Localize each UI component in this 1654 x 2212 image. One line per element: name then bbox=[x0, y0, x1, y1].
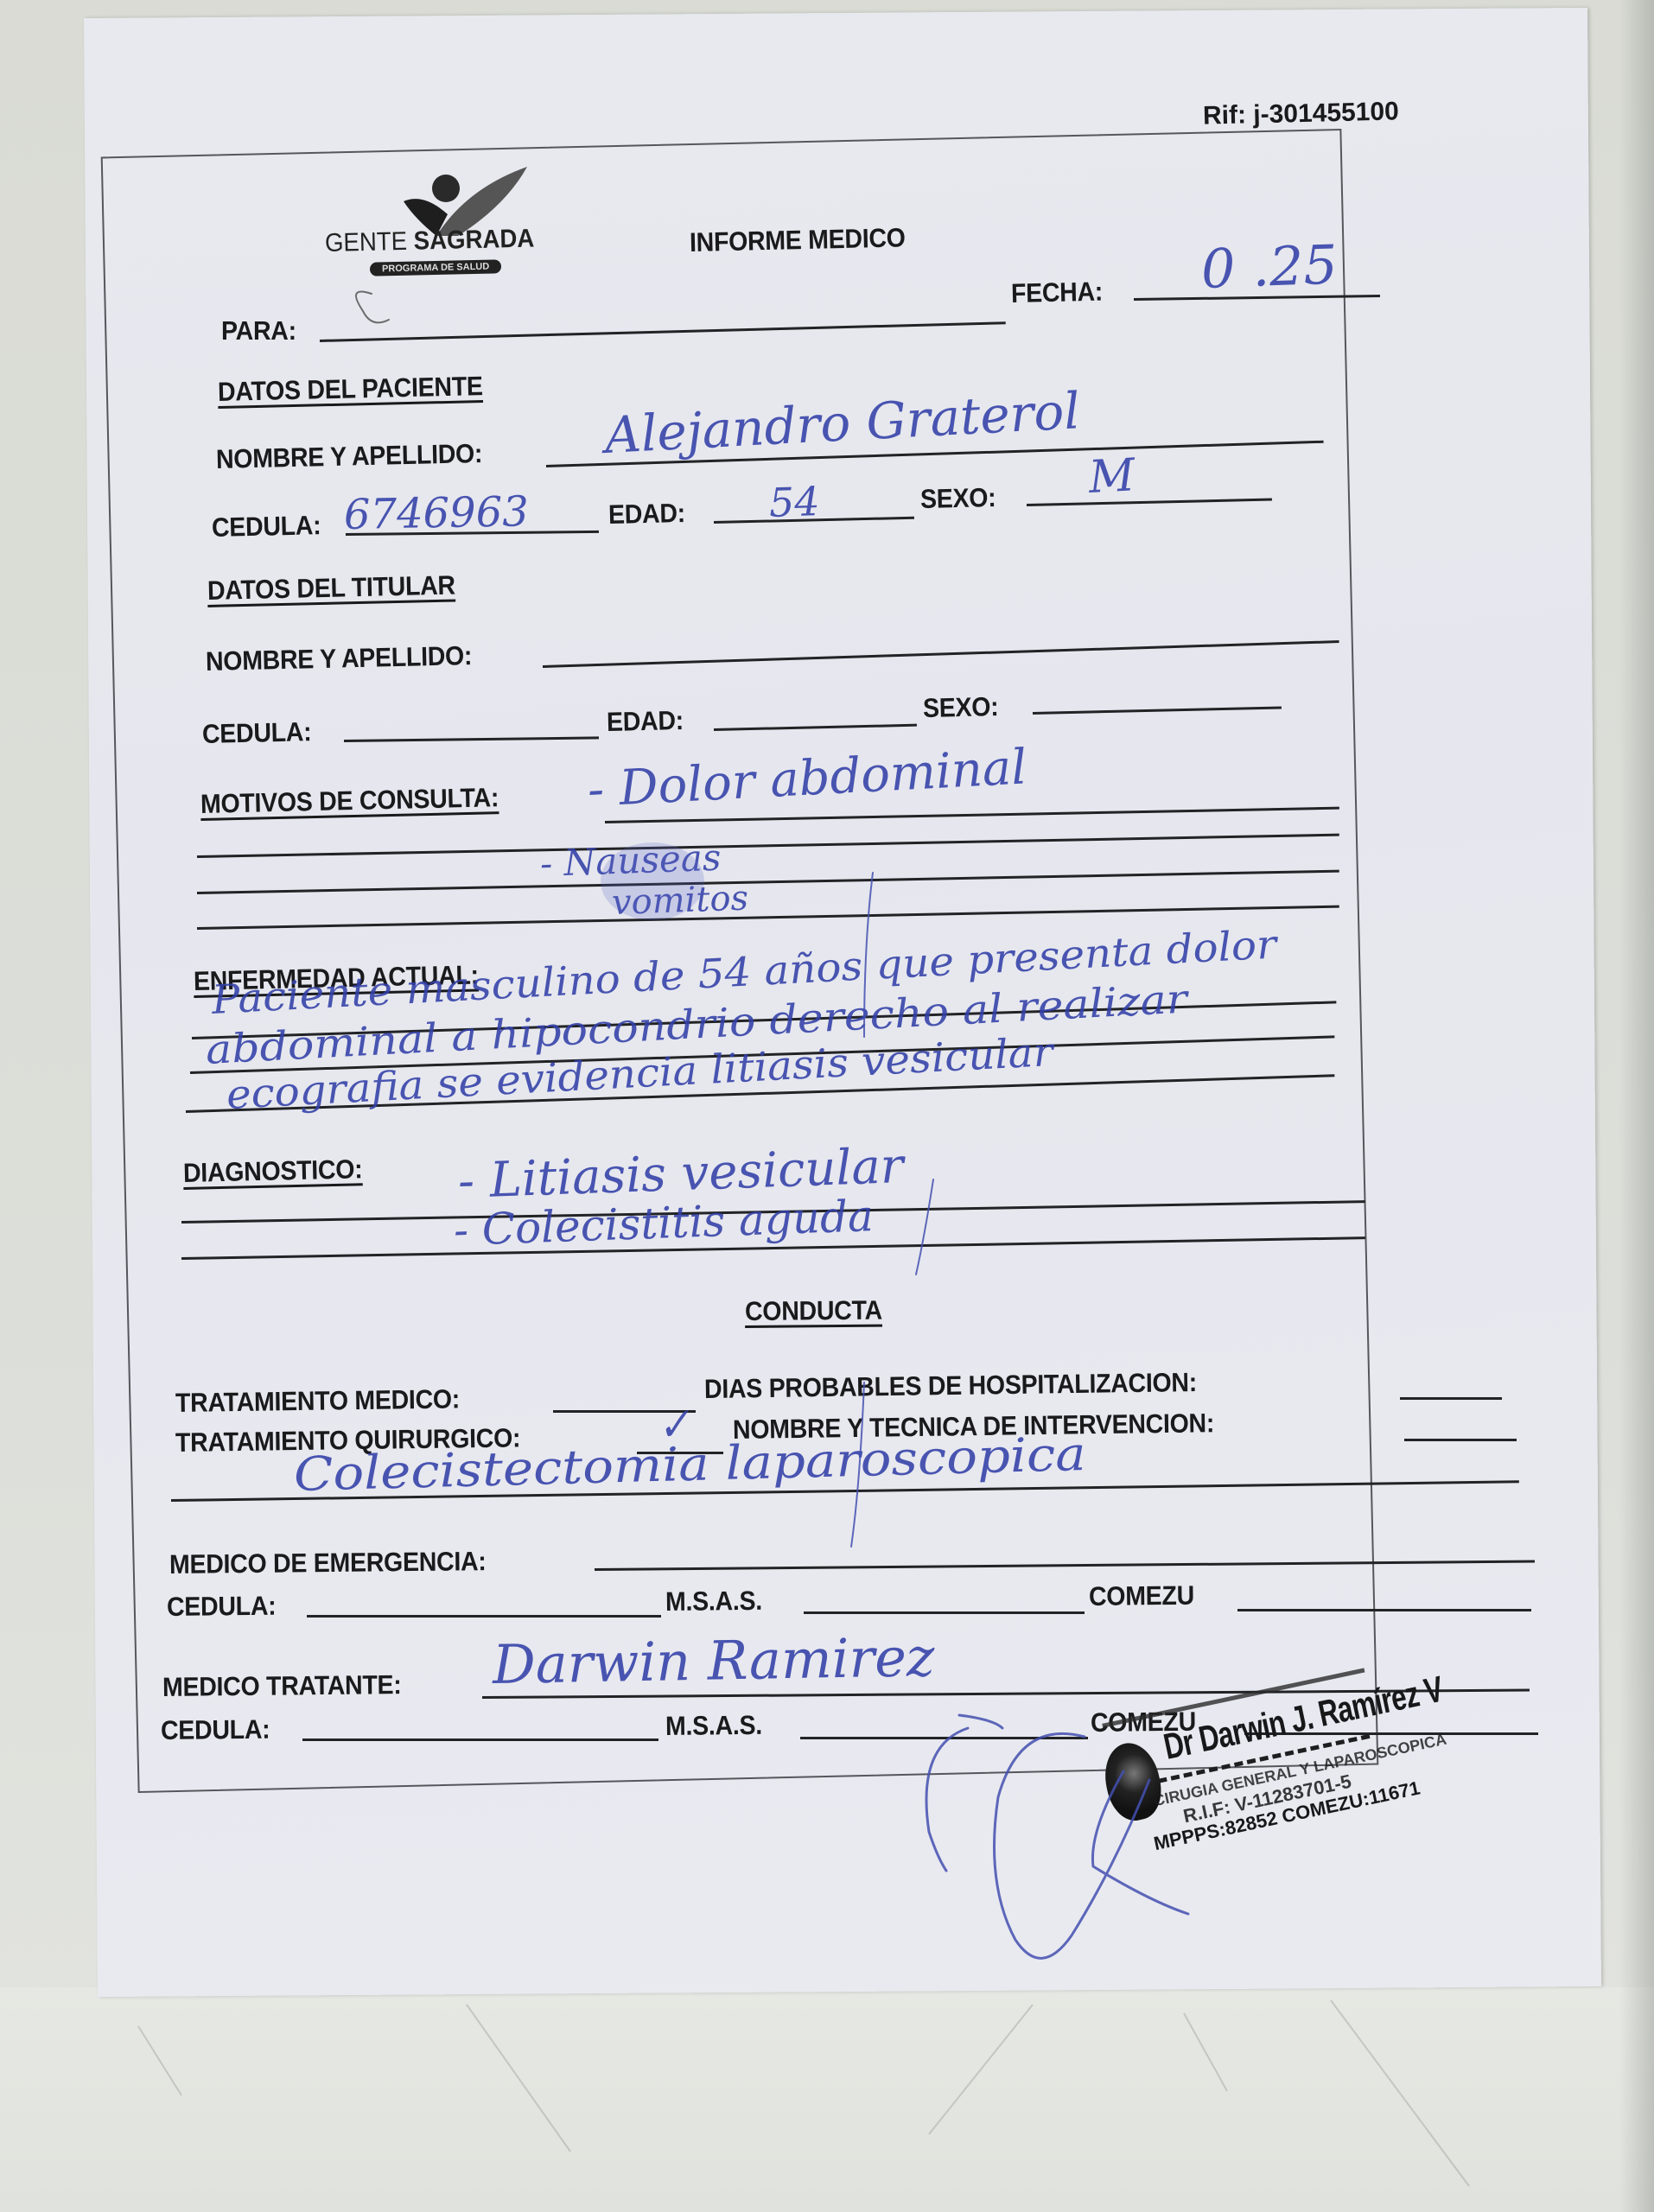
medico-emergencia-field[interactable] bbox=[595, 1560, 1535, 1571]
medico-tratante-msas-label: M.S.A.S. bbox=[665, 1710, 762, 1742]
medico-emergencia-comezu-label: COMEZU bbox=[1089, 1580, 1194, 1612]
motivos-label: MOTIVOS DE CONSULTA: bbox=[200, 782, 499, 820]
titular-edad-field[interactable] bbox=[714, 724, 917, 731]
fecha-label: FECHA: bbox=[1011, 276, 1104, 309]
motivos-line-3: vomitos bbox=[611, 878, 749, 922]
medico-emergencia-label: MEDICO DE EMERGENCIA: bbox=[169, 1546, 487, 1580]
paciente-edad-label: EDAD: bbox=[608, 498, 686, 531]
doctor-stamp: Dr Darwin J. Ramírez V CIRUGIA GENERAL Y… bbox=[1093, 1664, 1403, 1867]
motivos-field-2[interactable] bbox=[197, 834, 1339, 858]
dias-hospitalizacion-field[interactable] bbox=[1400, 1397, 1502, 1400]
paciente-edad-value: 54 bbox=[768, 478, 820, 526]
paciente-nombre-label: NOMBRE Y APELLIDO: bbox=[216, 438, 483, 475]
paciente-sexo-value: M bbox=[1087, 449, 1136, 504]
stamp-emblem-icon bbox=[1098, 1738, 1167, 1825]
motivos-line-2: - Nauseas bbox=[539, 836, 722, 885]
titular-nombre-label: NOMBRE Y APELLIDO: bbox=[206, 640, 473, 677]
titular-cedula-field[interactable] bbox=[344, 736, 599, 742]
medical-report-form: Rif: j-301455100 GENTE SAGRADA PROGRAMA … bbox=[0, 0, 1654, 2212]
dias-hospitalizacion-label: DIAS PROBABLES DE HOSPITALIZACION: bbox=[704, 1367, 1197, 1405]
section-datos-paciente: DATOS DEL PACIENTE bbox=[218, 371, 483, 408]
medico-tratante-signature: Darwin Ramirez bbox=[492, 1625, 935, 1696]
diagnostico-label: DIAGNOSTICO: bbox=[183, 1154, 363, 1189]
rif-number: Rif: j-301455100 bbox=[1203, 97, 1400, 130]
titular-nombre-field[interactable] bbox=[543, 640, 1339, 668]
medico-emergencia-cedula-field[interactable] bbox=[307, 1615, 661, 1618]
fecha-value: 0 .25 bbox=[1200, 233, 1339, 301]
paciente-cedula-value: 6746963 bbox=[344, 487, 530, 539]
motivos-field-3[interactable] bbox=[197, 870, 1339, 894]
titular-sexo-label: SEXO: bbox=[923, 691, 999, 724]
paciente-sexo-label: SEXO: bbox=[920, 482, 996, 515]
paciente-sexo-field[interactable] bbox=[1027, 499, 1272, 506]
medico-tratante-cedula-label: CEDULA: bbox=[161, 1714, 270, 1746]
tecnica-intervencion-field-inline[interactable] bbox=[1404, 1439, 1517, 1441]
motivos-line-1: - Dolor abdominal bbox=[586, 739, 1027, 818]
tratamiento-medico-label: TRATAMIENTO MEDICO: bbox=[175, 1383, 461, 1419]
document-title: INFORME MEDICO bbox=[690, 222, 906, 258]
para-field[interactable] bbox=[320, 321, 1006, 342]
paciente-cedula-label: CEDULA: bbox=[212, 510, 321, 543]
medico-emergencia-cedula-label: CEDULA: bbox=[167, 1591, 277, 1623]
titular-cedula-label: CEDULA: bbox=[202, 716, 312, 750]
para-label: PARA: bbox=[221, 315, 296, 346]
medico-tratante-cedula-field[interactable] bbox=[302, 1738, 658, 1741]
medico-emergencia-msas-label: M.S.A.S. bbox=[665, 1586, 762, 1618]
section-datos-titular: DATOS DEL TITULAR bbox=[207, 569, 456, 606]
titular-edad-label: EDAD: bbox=[607, 705, 684, 738]
medico-emergencia-msas-field[interactable] bbox=[804, 1611, 1085, 1614]
medico-tratante-msas-field[interactable] bbox=[800, 1737, 1088, 1739]
conducta-title: CONDUCTA bbox=[745, 1295, 882, 1327]
logo-brand: GENTE SAGRADA bbox=[325, 225, 535, 258]
medico-tratante-label: MEDICO TRATANTE: bbox=[162, 1669, 402, 1703]
titular-sexo-field[interactable] bbox=[1033, 706, 1282, 715]
medico-emergencia-comezu-field[interactable] bbox=[1237, 1609, 1531, 1611]
